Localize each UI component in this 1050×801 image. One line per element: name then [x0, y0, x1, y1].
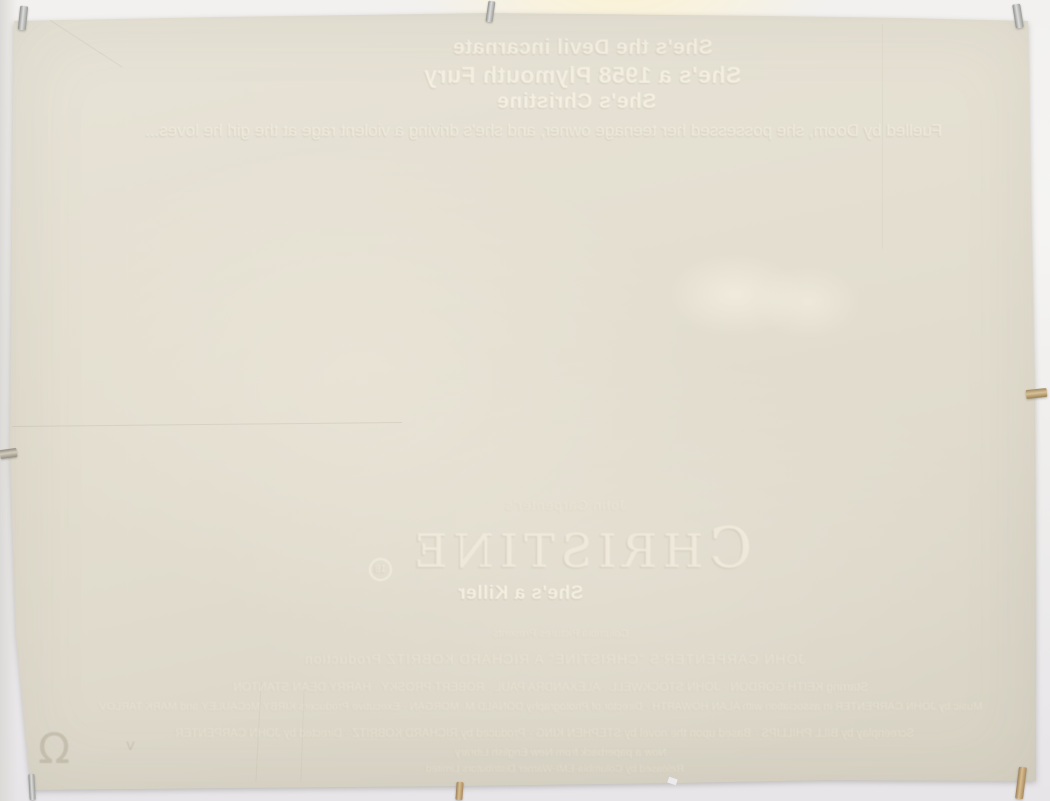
credits-line-2: JOHN CARPENTER'S "CHRISTINE" A RICHARD K… [44, 651, 1050, 667]
headline-line-2: She's a 1958 Plymouth Fury [72, 62, 1050, 89]
photo-of-poster-back: She's the Devil incarnate She's a 1958 P… [0, 0, 1050, 801]
streak-bottom-1 [255, 682, 261, 782]
poster-sheet: She's the Devil incarnate She's a 1958 P… [0, 0, 1050, 801]
poster-sheet-wrap: She's the Devil incarnate She's a 1958 P… [0, 0, 1050, 801]
headline-line-1: She's the Devil incarnate [72, 36, 1050, 60]
credits-line-7: Released by Columbia-EMI-Warner Distribu… [44, 763, 1050, 775]
credits-line-3: Starring KEITH GORDON · JOHN STOCKWELL ·… [40, 680, 1050, 694]
credits-line-6: Now a paperback from New English Library [50, 747, 1050, 759]
credits-line-1: Columbia Pictures Presents [50, 628, 1050, 640]
presented-by: John Carpenter's [55, 497, 1050, 513]
tagline: Fuelled by Doom, she possessed her teena… [33, 121, 1050, 141]
credits-line-4: Music by JOHN CARPENTER in association w… [30, 701, 1050, 713]
crease-left-horizontal [12, 422, 402, 427]
credits-line-5: Screenplay by BILL PHILLIPS · Based upon… [34, 728, 1050, 740]
headline-line-3: She's Christine [66, 90, 1050, 114]
title-logo-row: CHRISTINE18 [50, 516, 1050, 581]
pin-bottom-left [28, 774, 35, 800]
certificate-badge: 18 [369, 558, 392, 581]
crease-top-left-diagonal [21, 1, 122, 67]
title-logo: CHRISTINE [408, 516, 752, 581]
streak-bottom-2 [300, 690, 304, 782]
printer-mark-omega: Ω [38, 724, 70, 773]
pin-bottom-center [455, 782, 463, 800]
streak-top-right [882, 24, 883, 249]
subtitle: She's a Killer [10, 583, 1031, 605]
stray-pen-mark: v [126, 736, 135, 754]
